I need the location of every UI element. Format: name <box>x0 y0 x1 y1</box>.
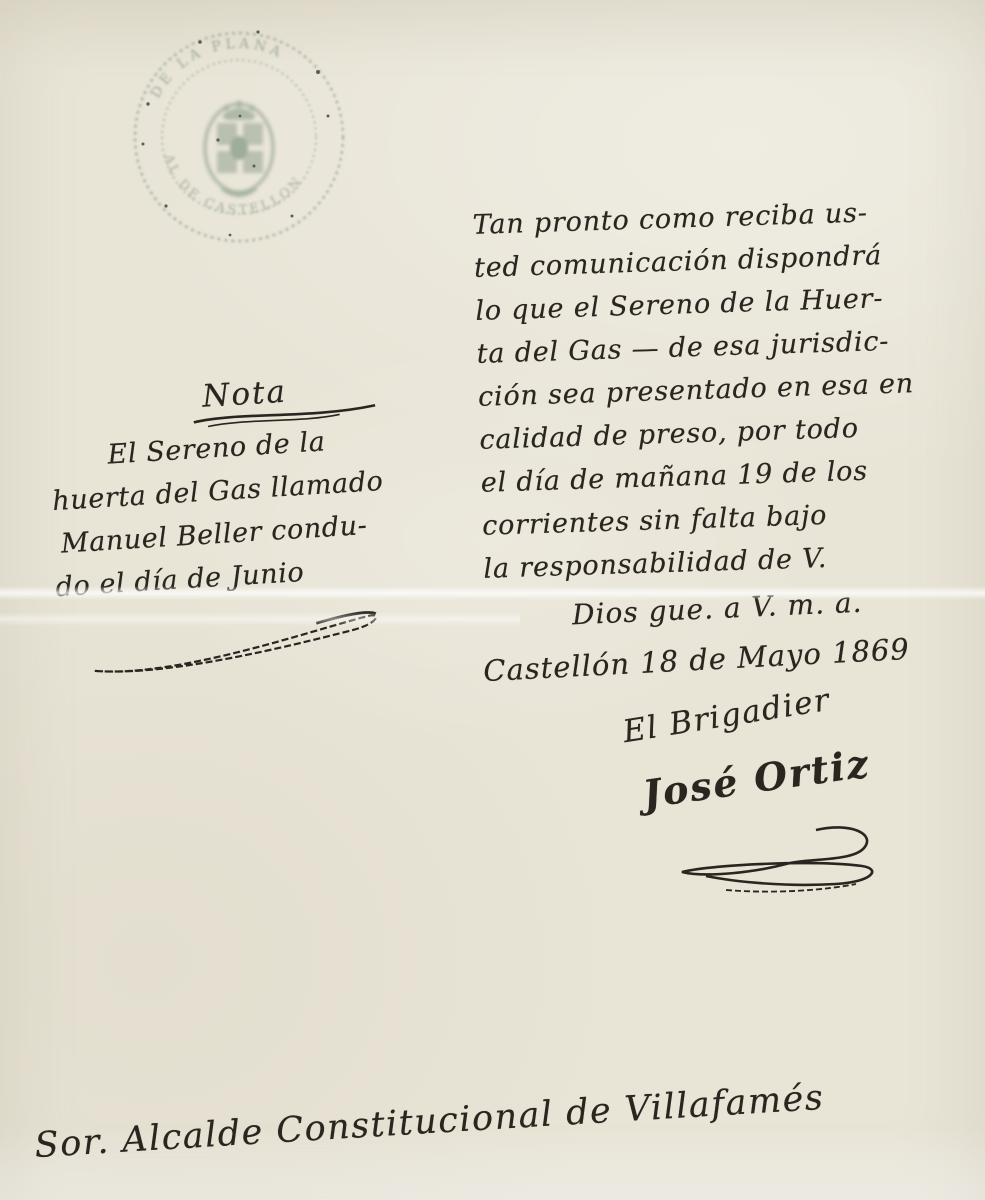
closing-dateline: Castellón 18 de Mayo 1869 <box>482 632 910 688</box>
signature-name: José Ortiz <box>640 740 873 816</box>
page-paper: DE LA PLANA AL DE CASTELLON <box>0 0 985 1200</box>
note-block: Nota El Sereno de la huerta del Gas llam… <box>39 359 496 684</box>
footer-addressee: Sor. Alcalde Constitucional de Villafamé… <box>34 1078 826 1166</box>
official-seal-stamp: DE LA PLANA AL DE CASTELLON <box>122 20 356 254</box>
fold-crease <box>0 586 985 600</box>
signature-rubric-flourish <box>666 820 896 900</box>
closing-rank: El Brigadier <box>620 682 832 750</box>
letter-body: Tan pronto como reciba us- ted comunicac… <box>472 188 984 591</box>
seal-coat-of-arms <box>205 101 273 195</box>
fold-crease <box>0 612 520 626</box>
seal-ring-text-top: DE LA PLANA <box>148 36 287 101</box>
